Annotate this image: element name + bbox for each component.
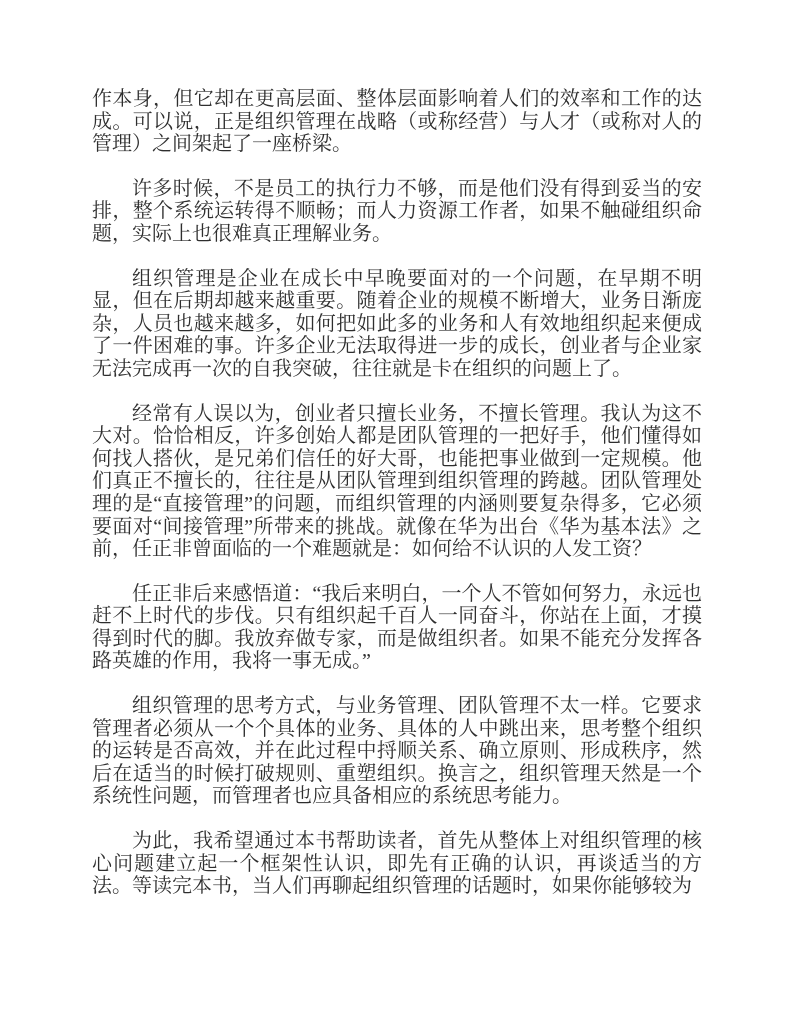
paragraph-3: 组织管理是企业在成长中早晚要面对的一个问题，在早期不明显，但在后期却越来越重要。… xyxy=(92,268,702,381)
paragraph-6: 组织管理的思考方式，与业务管理、团队管理不太一样。它要求管理者必须从一个个具体的… xyxy=(92,695,702,808)
paragraph-7: 为此，我希望通过本书帮助读者，首先从整体上对组织管理的核心问题建立起一个框架性认… xyxy=(92,830,702,898)
paragraph-5-quote: 任正非后来感悟道：“我后来明白，一个人不管如何努力，永远也赶不上时代的步伐。只有… xyxy=(92,583,702,673)
paragraph-2: 许多时候，不是员工的执行力不够，而是他们没有得到妥当的安排，整个系统运转得不顺畅… xyxy=(92,178,702,246)
paragraph-1-continuation: 作本身，但它却在更高层面、整体层面影响着人们的效率和工作的达成。可以说，正是组织… xyxy=(92,88,702,156)
document-page: 作本身，但它却在更高层面、整体层面影响着人们的效率和工作的达成。可以说，正是组织… xyxy=(0,0,791,1024)
paragraph-4: 经常有人误以为，创业者只擅长业务，不擅长管理。我认为这不大对。恰恰相反，许多创始… xyxy=(92,403,702,561)
